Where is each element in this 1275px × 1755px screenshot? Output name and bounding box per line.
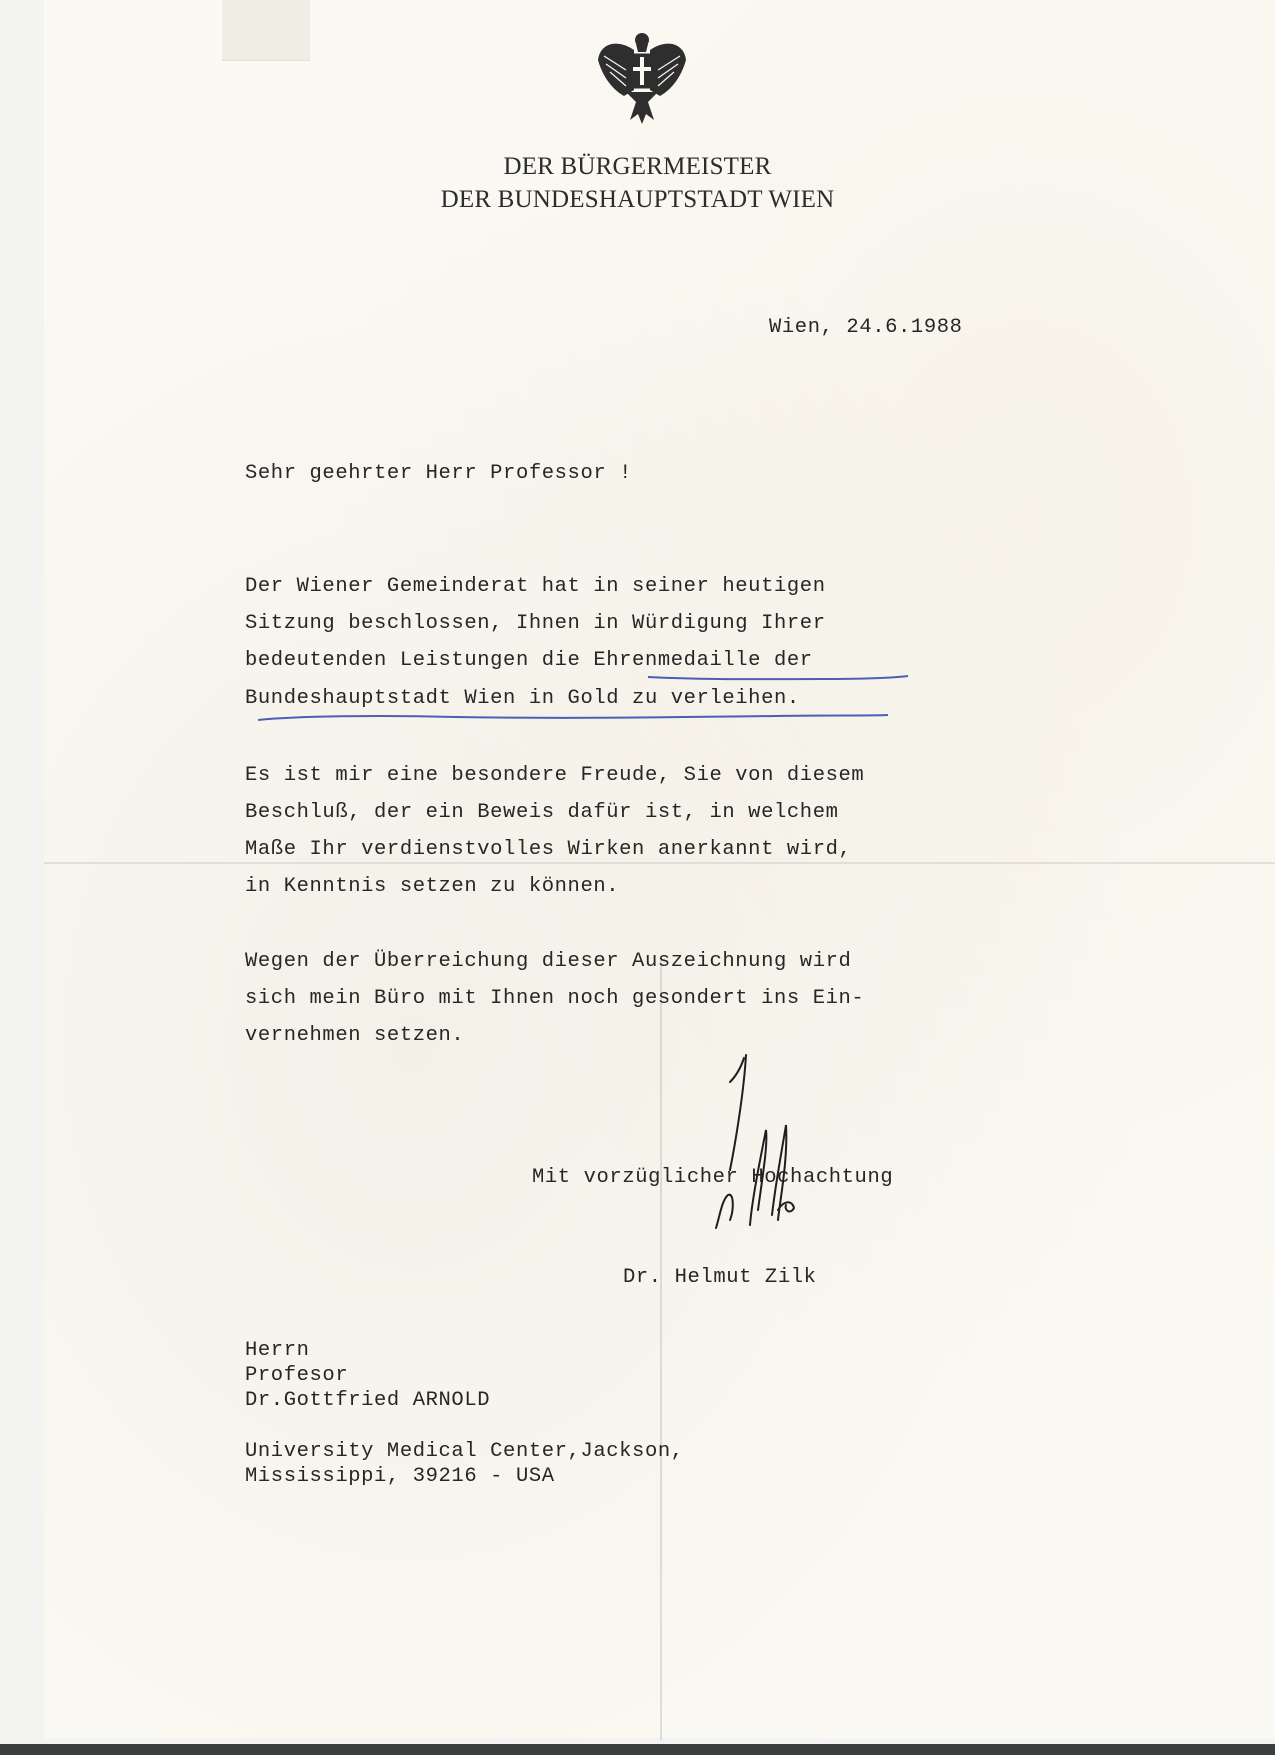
paragraph-2-line-3: Maße Ihr verdienstvolles Wirken anerkann… [245,838,851,861]
paragraph-1-line-1: Der Wiener Gemeinderat hat in seiner heu… [245,575,826,598]
vienna-eagle-coat-of-arms-icon [596,30,688,125]
paragraph-2-line-1: Es ist mir eine besondere Freude, Sie vo… [245,764,864,787]
paragraph-3-line-3: vernehmen setzen. [245,1024,464,1047]
signatory-name: Dr. Helmut Zilk [623,1266,817,1289]
recipient-line-2: Profesor [245,1364,348,1387]
handwritten-signature-icon [700,1050,860,1250]
paragraph-3-line-2: sich mein Büro mit Ihnen noch gesondert … [245,987,864,1010]
scanner-edge [0,1744,1275,1755]
letterhead-subtitle: DER BUNDESHAUPTSTADT WIEN [0,186,1275,214]
paragraph-2-line-4: in Kenntnis setzen zu können. [245,875,619,898]
fold-crease-horizontal [44,862,1275,864]
fold-crease-vertical [660,960,662,1740]
paragraph-3-line-1: Wegen der Überreichung dieser Auszeichnu… [245,950,851,973]
recipient-address-line-1: University Medical Center,Jackson, [245,1440,684,1463]
handwritten-underline [646,674,910,682]
handwritten-underline [256,712,890,722]
paragraph-1-line-2: Sitzung beschlossen, Ihnen in Würdigung … [245,612,826,635]
paragraph-1-line-3: bedeutenden Leistungen die Ehrenmedaille… [245,649,813,672]
date-line: Wien, 24.6.1988 [769,316,963,339]
tape-strip [222,0,310,61]
recipient-line-1: Herrn [245,1339,310,1362]
salutation: Sehr geehrter Herr Professor ! [245,462,632,485]
letterhead-title: DER BÜRGERMEISTER [0,153,1275,181]
paragraph-1-line-4: Bundeshauptstadt Wien in Gold zu verleih… [245,687,800,710]
recipient-name: Dr.Gottfried ARNOLD [245,1389,490,1412]
paragraph-2-line-2: Beschluß, der ein Beweis dafür ist, in w… [245,801,839,824]
recipient-address-line-2: Mississippi, 39216 - USA [245,1465,555,1488]
